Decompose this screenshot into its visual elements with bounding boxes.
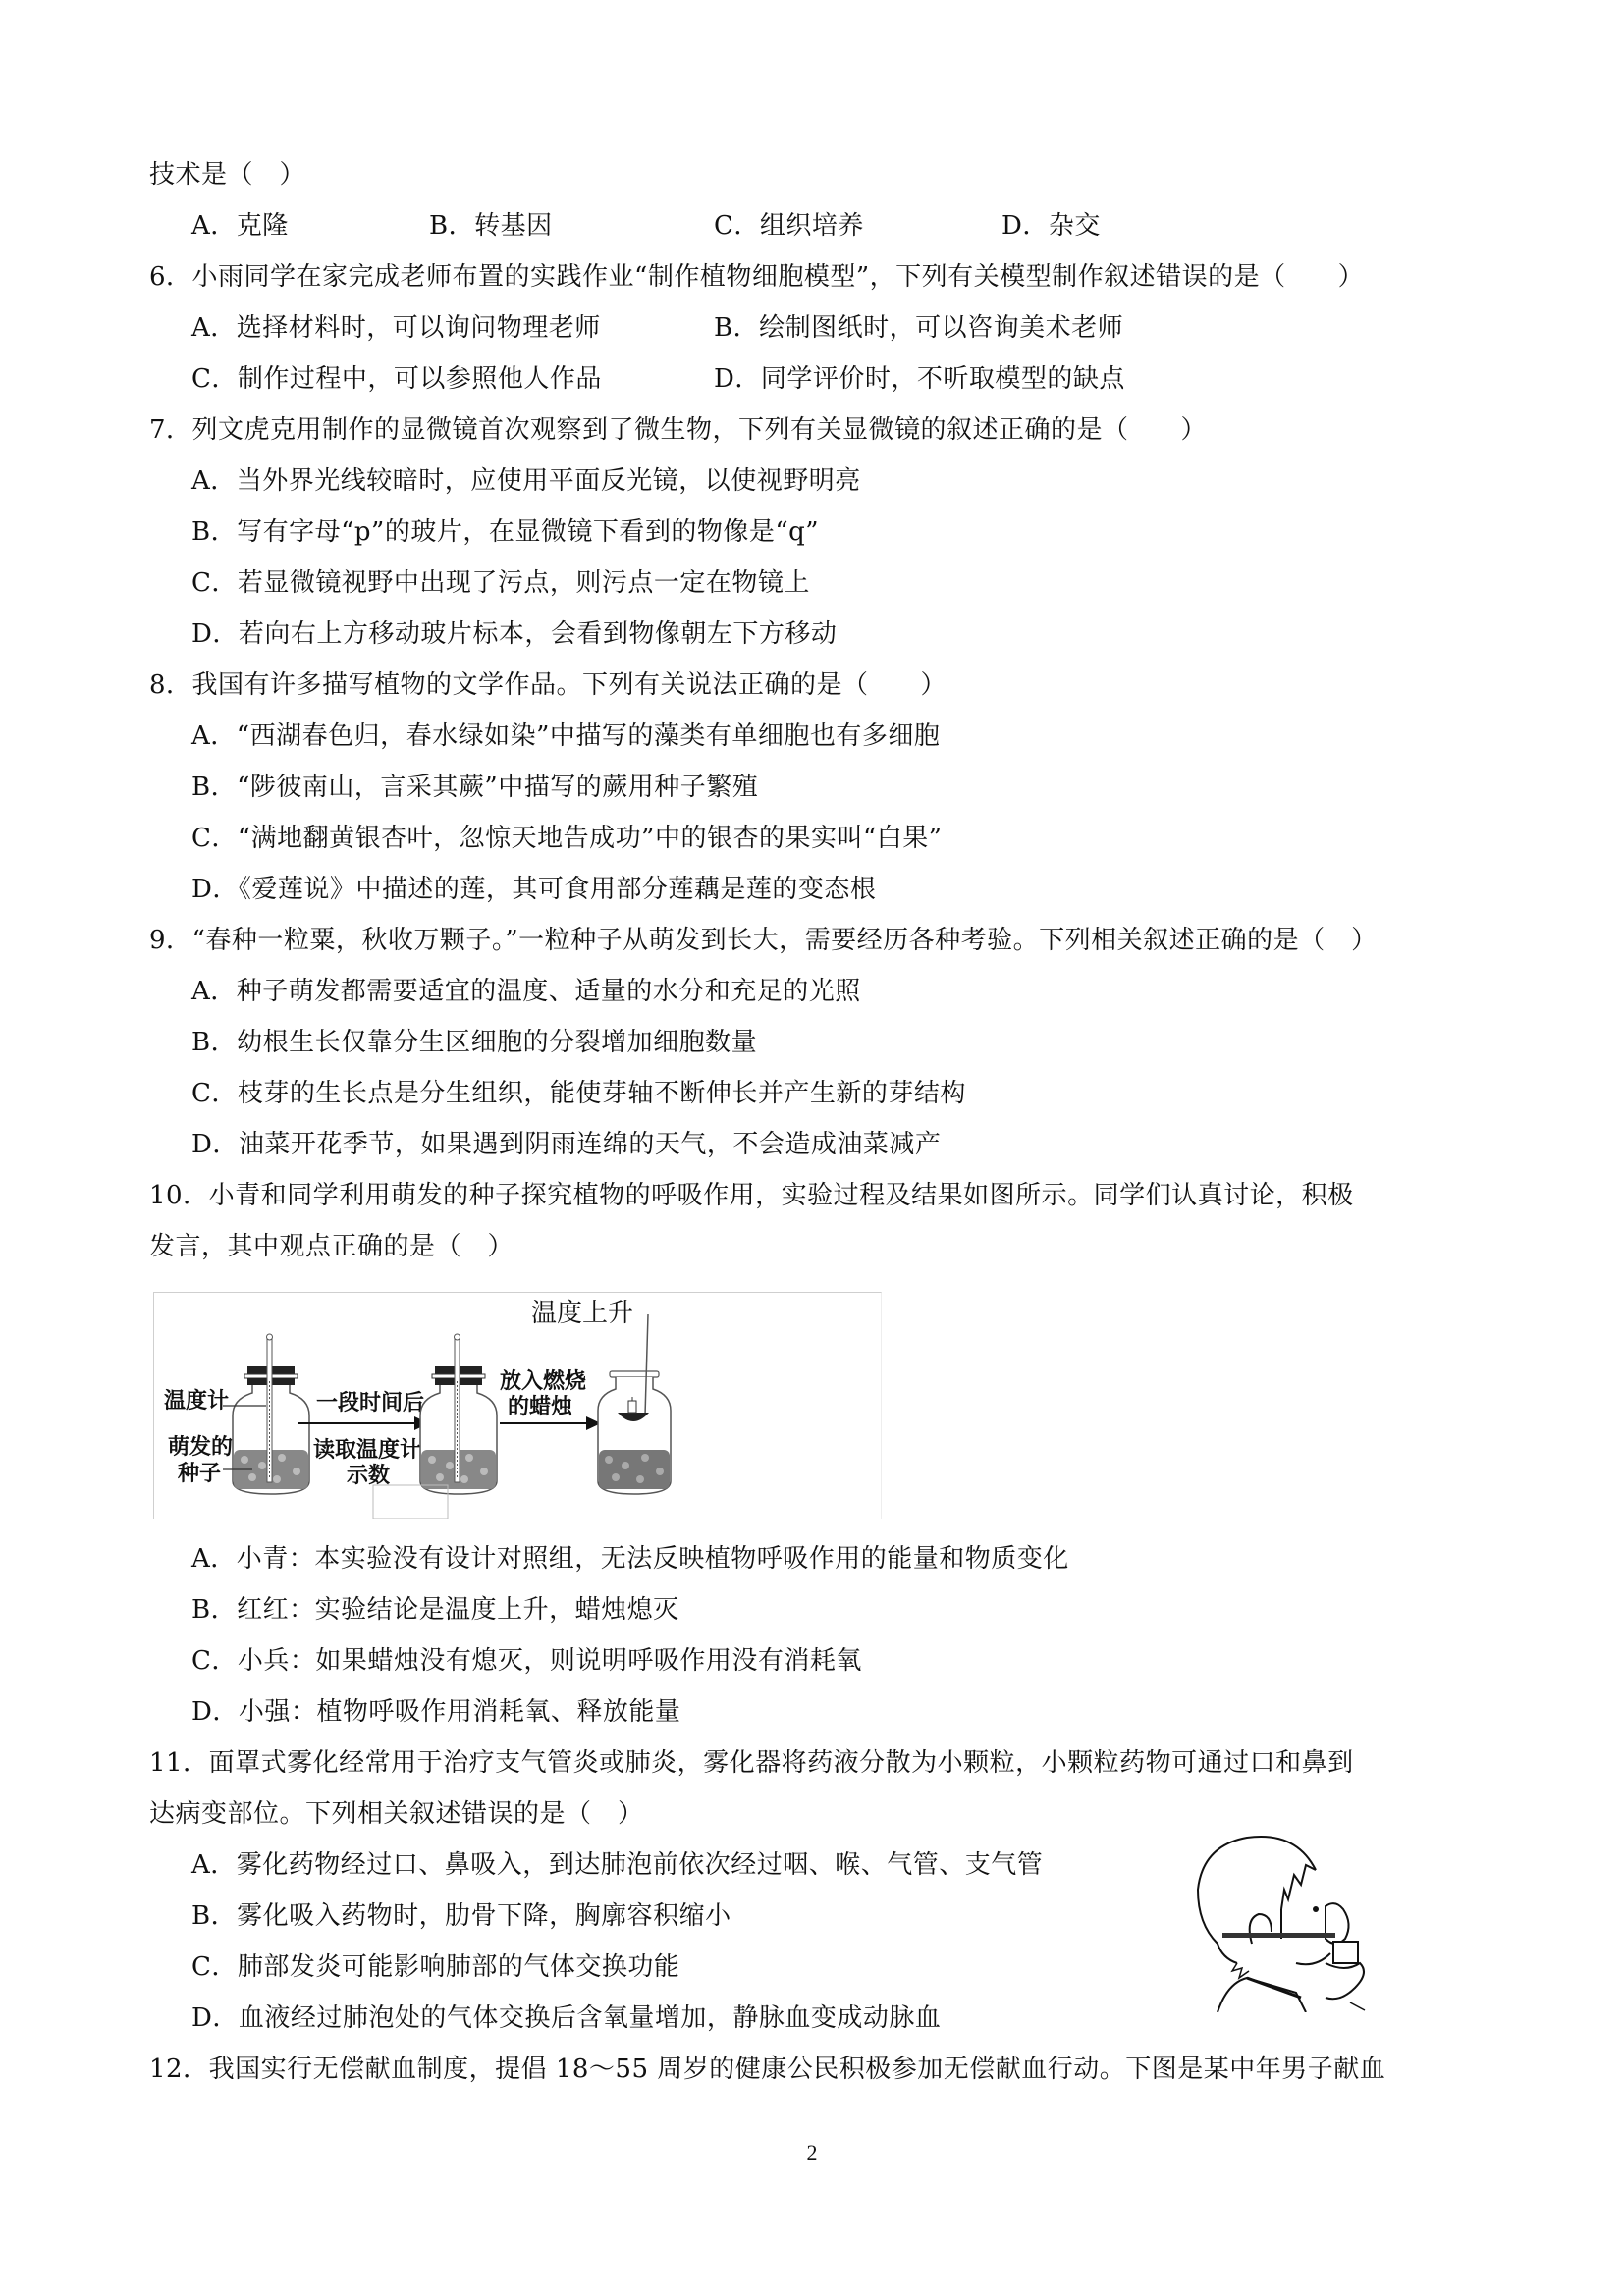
q7-option-a: A．当外界光线较暗时，应使用平面反光镜，以使视野明亮	[191, 466, 861, 496]
q8-option-a: A．“西湖春色归，春水绿如染”中描写的藻类有单细胞也有多细胞	[191, 721, 940, 751]
q9-option-b: B．幼根生长仅靠分生区细胞的分裂增加细胞数量	[191, 1028, 757, 1057]
q10-option-b: B．红红：实验结论是温度上升，蜡烛熄灭	[191, 1595, 679, 1625]
q8-option-d: D．《爱莲说》中描述的莲，其可食用部分莲藕是莲的变态根	[191, 875, 876, 904]
q8-stem: 8．我国有许多描写植物的文学作品。下列有关说法正确的是（ ）	[149, 670, 947, 700]
arrow-right-icon-2	[500, 1416, 601, 1430]
q11-option-c: C．肺部发炎可能影响肺部的气体交换功能	[191, 1952, 679, 1982]
q8-option-b: B．“陟彼南山，言采其蕨”中描写的蕨用种子繁殖	[191, 773, 758, 802]
q7-option-b: B．写有字母“p”的玻片，在显微镜下看到的物像是“q”	[191, 517, 819, 547]
q6-option-c: C．制作过程中，可以参照他人作品	[191, 364, 602, 394]
q9-option-a: A．种子萌发都需要适宜的温度、适量的水分和充足的光照	[191, 977, 861, 1006]
q9-option-c: C．枝芽的生长点是分生组织，能使芽轴不断伸长并产生新的芽结构	[191, 1079, 966, 1108]
q5-option-d: D．杂交	[1001, 211, 1101, 240]
q11-option-b: B．雾化吸入药物时，肋骨下降，胸廓容积缩小	[191, 1901, 731, 1931]
page-number: 2	[0, 2140, 1624, 2165]
q9-stem: 9．“春种一粒粟，秋收万颗子。”一粒种子从萌发到长大，需要经历各种考验。下列相关…	[149, 926, 1378, 955]
q9-option-d: D．油菜开花季节，如果遇到阴雨连绵的天气，不会造成油菜减产	[191, 1130, 941, 1159]
arrow-right-icon	[298, 1416, 429, 1430]
q6-option-a: A．选择材料时，可以询问物理老师	[191, 313, 601, 343]
q11-stem-line2: 达病变部位。下列相关叙述错误的是（ ）	[149, 1799, 644, 1829]
bottle-2-icon	[420, 1334, 497, 1494]
q11-option-d: D．血液经过肺泡处的气体交换后含氧量增加，静脉血变成动脉血	[191, 2003, 941, 2033]
q6-option-d: D．同学评价时，不听取模型的缺点	[714, 364, 1125, 394]
q11-option-a: A．雾化药物经过口、鼻吸入，到达肺泡前依次经过咽、喉、气管、支气管	[191, 1850, 1043, 1880]
q8-option-c: C．“满地翻黄银杏叶，忽惊天地告成功”中的银杏的果实叫“白果”	[191, 824, 943, 853]
q7-option-c: C．若显微镜视野中出现了污点，则污点一定在物镜上	[191, 568, 810, 598]
q6-option-b: B．绘制图纸时，可以咨询美术老师	[714, 313, 1123, 343]
q5-stem-tail: 技术是（ ）	[149, 160, 305, 189]
q10-stem-line2: 发言，其中观点正确的是（ ）	[149, 1232, 514, 1261]
q10-stem-line1: 10．小青和同学利用萌发的种子探究植物的呼吸作用，实验过程及结果如图所示。同学们…	[149, 1181, 1354, 1210]
q6-stem: 6．小雨同学在家完成老师布置的实践作业“制作植物细胞模型”，下列有关模型制作叙述…	[149, 262, 1364, 292]
nebulizer-child-icon	[1178, 1816, 1394, 2012]
q12-stem-line1: 12．我国实行无偿献血制度，提倡 18～55 周岁的健康公民积极参加无偿献血行动…	[149, 2055, 1385, 2084]
bottle-1-icon	[223, 1334, 309, 1494]
q7-stem: 7．列文虎克用制作的显微镜首次观察到了微生物，下列有关显微镜的叙述正确的是（ ）	[149, 415, 1207, 445]
q5-option-b: B．转基因	[429, 211, 553, 240]
q7-option-d: D．若向右上方移动玻片标本，会看到物像朝左下方移动	[191, 619, 837, 649]
q11-stem-line1: 11．面罩式雾化经常用于治疗支气管炎或肺炎，雾化器将药液分散为小颗粒，小颗粒药物…	[149, 1748, 1354, 1778]
bottle-with-candle-icon	[598, 1314, 671, 1494]
q10-option-d: D．小强：植物呼吸作用消耗氧、释放能量	[191, 1697, 680, 1727]
experiment-diagram-icon	[154, 1293, 881, 1519]
experiment-figure: 温度上升 温度计 萌发的 种子 一段时间后 读取温度计 示数 放入燃烧 的蜡烛	[153, 1292, 882, 1519]
q10-option-c: C．小兵：如果蜡烛没有熄灭，则说明呼吸作用没有消耗氧	[191, 1646, 862, 1676]
q5-option-a: A．克隆	[191, 211, 289, 240]
q5-option-c: C．组织培养	[714, 211, 864, 240]
q10-option-a: A．小青：本实验没有设计对照组，无法反映植物呼吸作用的能量和物质变化	[191, 1544, 1069, 1574]
